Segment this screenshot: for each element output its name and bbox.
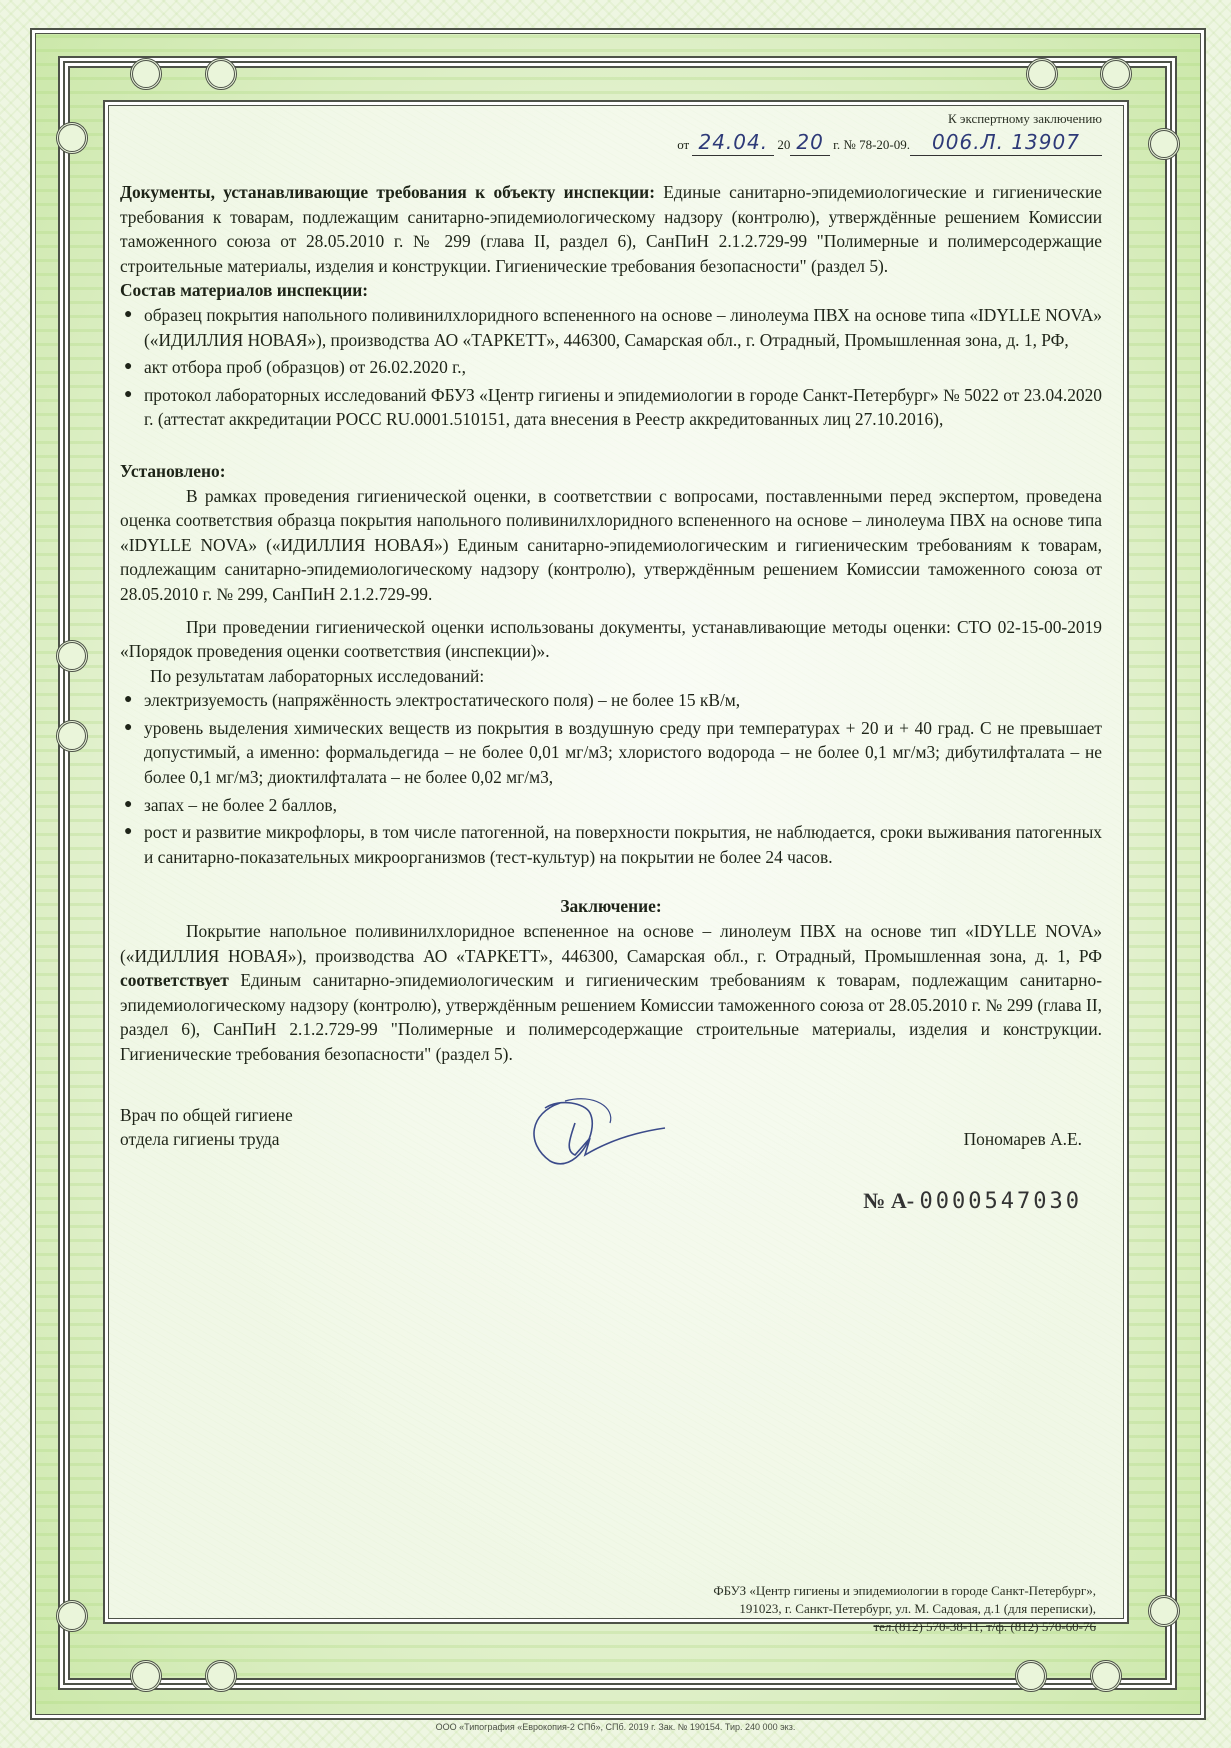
- knot-ornament-icon: [205, 1660, 237, 1692]
- knot-ornament-icon: [56, 1600, 88, 1632]
- documents-title: Документы, устанавливающие требования к …: [120, 182, 655, 202]
- knot-ornament-icon: [1015, 1660, 1047, 1692]
- list-item: ●акт отбора проб (образцов) от 26.02.202…: [120, 355, 1102, 380]
- knot-ornament-icon: [56, 720, 88, 752]
- knot-ornament-icon: [130, 58, 162, 90]
- knot-ornament-icon: [56, 640, 88, 672]
- established-paragraph-2: При проведении гигиенической оценки испо…: [120, 615, 1102, 664]
- documents-paragraph: Документы, устанавливающие требования к …: [120, 180, 1102, 278]
- year-prefix: 20: [777, 137, 790, 152]
- reference-line: от 24.04. 2020 г. № 78-20-09.006.Л. 1390…: [120, 130, 1102, 158]
- reference-label: К экспертному заключению: [120, 110, 1102, 128]
- bullet-icon: ●: [124, 716, 132, 741]
- knot-ornament-icon: [130, 1660, 162, 1692]
- bullet-icon: ●: [124, 793, 132, 818]
- knot-ornament-icon: [1090, 1660, 1122, 1692]
- materials-list: ●образец покрытия напольного поливинилхл…: [120, 303, 1102, 432]
- bullet-icon: ●: [124, 820, 132, 845]
- knot-ornament-icon: [205, 58, 237, 90]
- handwritten-year: 20: [790, 130, 829, 156]
- list-item: ●образец покрытия напольного поливинилхл…: [120, 303, 1102, 352]
- conclusion-paragraph: Покрытие напольное поливинилхлоридное вс…: [120, 919, 1102, 1067]
- bullet-icon: ●: [124, 355, 132, 380]
- signer-position: Врач по общей гигиене отдела гигиены тру…: [120, 1103, 293, 1152]
- bullet-icon: ●: [124, 303, 132, 328]
- list-item: ●уровень выделения химических веществ из…: [120, 716, 1102, 790]
- established-paragraph-1: В рамках проведения гигиенической оценки…: [120, 484, 1102, 607]
- results-intro: По результатам лабораторных исследований…: [120, 664, 1102, 689]
- reference-prefix: от: [677, 137, 689, 152]
- printer-imprint: ООО «Типография «Еврокопия-2 СПб», СПб. …: [0, 1722, 1231, 1732]
- results-list: ●электризуемость (напряжённость электрос…: [120, 688, 1102, 869]
- handwritten-number: 006.Л. 13907: [910, 130, 1102, 156]
- organization-footer: ФБУЗ «Центр гигиены и эпидемиологии в го…: [713, 1582, 1096, 1636]
- list-item: ●запах – не более 2 баллов,: [120, 793, 1102, 818]
- knot-ornament-icon: [1026, 58, 1058, 90]
- list-item: ●протокол лабораторных исследований ФБУЗ…: [120, 383, 1102, 432]
- knot-ornament-icon: [1148, 128, 1180, 160]
- conclusion-verdict: соответствует: [120, 970, 229, 990]
- list-item: ●рост и развитие микрофлоры, в том числе…: [120, 820, 1102, 869]
- list-item: ●электризуемость (напряжённость электрос…: [120, 688, 1102, 713]
- signer-name: Пономарев А.Е.: [964, 1127, 1082, 1152]
- handwritten-signature-icon: [520, 1093, 670, 1173]
- document-body: К экспертному заключению от 24.04. 2020 …: [120, 108, 1102, 1214]
- signature-block: Врач по общей гигиене отдела гигиены тру…: [120, 1103, 1102, 1175]
- bullet-icon: ●: [124, 688, 132, 713]
- number-prefix: г. № 78-20-09.: [833, 137, 910, 152]
- knot-ornament-icon: [56, 122, 88, 154]
- handwritten-date: 24.04.: [692, 130, 774, 156]
- conclusion-title: Заключение:: [120, 894, 1102, 919]
- established-title: Установлено:: [120, 459, 1102, 484]
- knot-ornament-icon: [1100, 58, 1132, 90]
- bullet-icon: ●: [124, 383, 132, 408]
- serial-number: № А- 0000547030: [120, 1189, 1102, 1215]
- knot-ornament-icon: [1148, 1595, 1180, 1627]
- materials-title: Состав материалов инспекции:: [120, 278, 1102, 303]
